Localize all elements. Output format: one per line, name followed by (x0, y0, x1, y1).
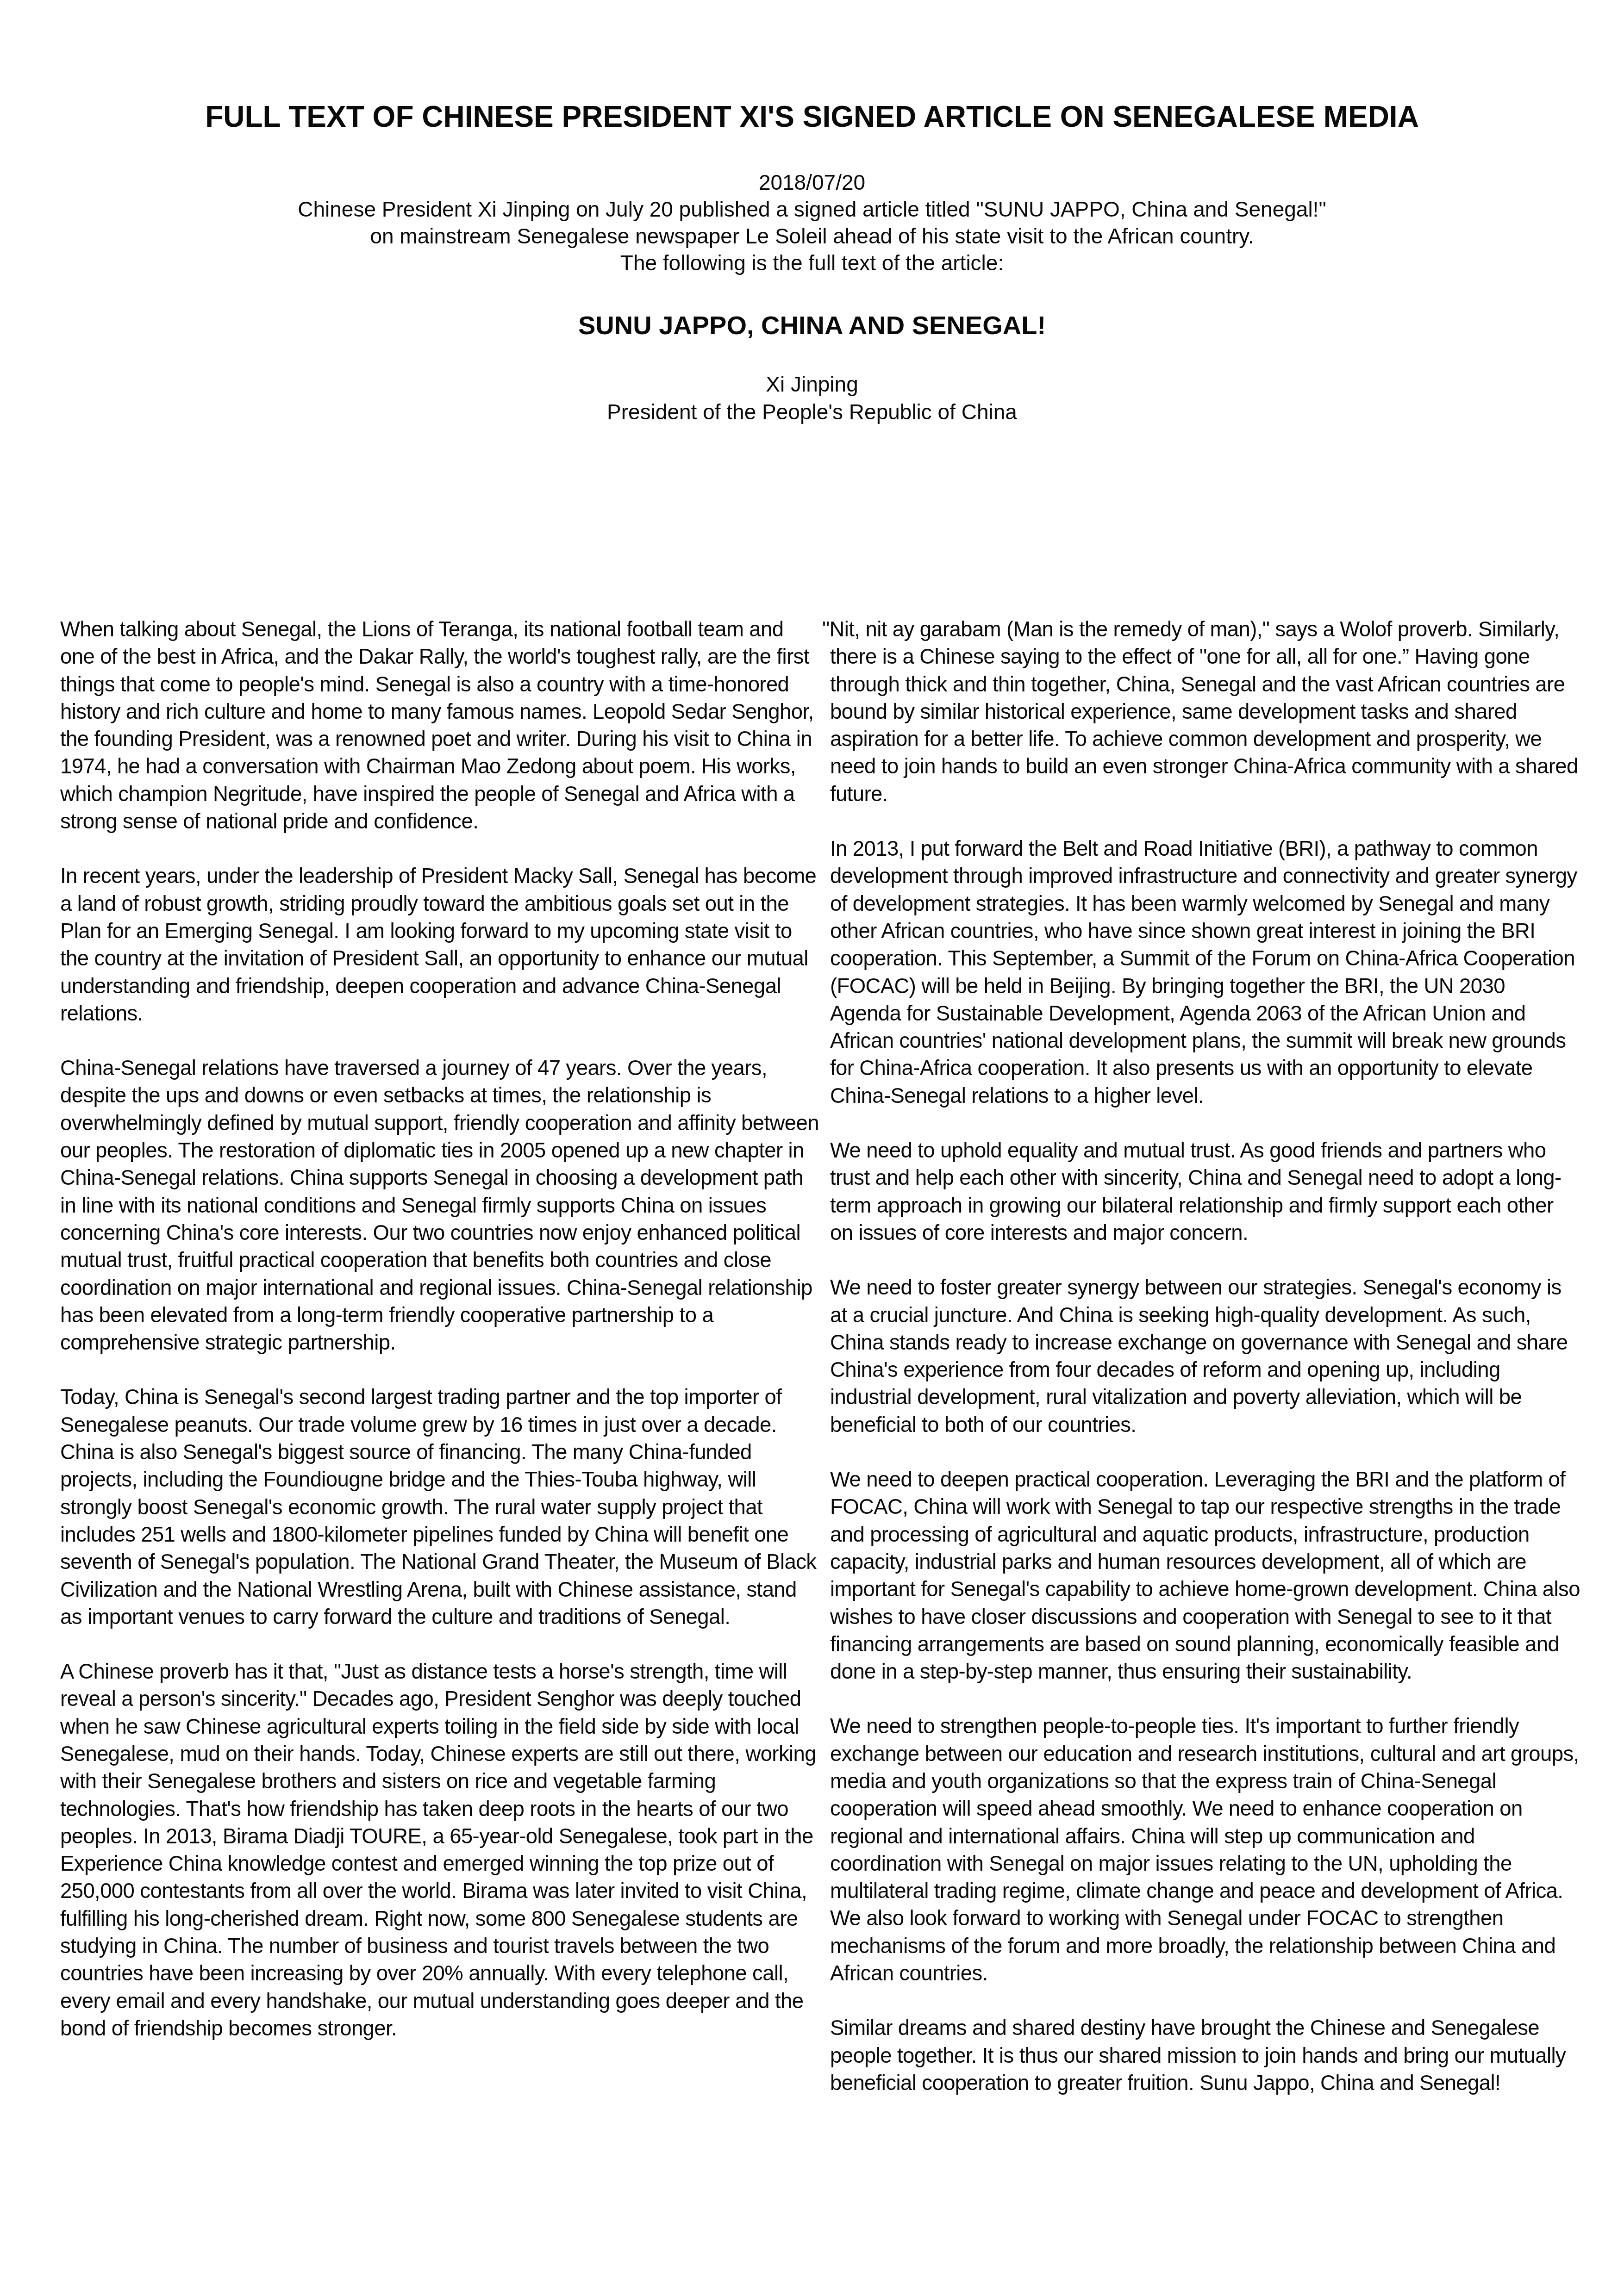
paragraph: China-Senegal relations have traversed a… (60, 1054, 819, 1356)
right-column: "Nit, nit ay garabam (Man is the remedy … (830, 616, 1580, 2124)
paragraph: Today, China is Senegal's second largest… (60, 1383, 819, 1630)
paragraph: Similar dreams and shared destiny have b… (830, 2014, 1580, 2097)
paragraph: "Nit, nit ay garabam (Man is the remedy … (830, 616, 1580, 808)
publish-date: 2018/07/20 (0, 169, 1624, 196)
intro-line: on mainstream Senegalese newspaper Le So… (0, 223, 1624, 249)
page-title: FULL TEXT OF CHINESE PRESIDENT XI'S SIGN… (0, 98, 1624, 135)
paragraph: When talking about Senegal, the Lions of… (60, 616, 819, 835)
paragraph: We need to strengthen people-to-people t… (830, 1712, 1580, 1987)
paragraph: We need to deepen practical cooperation.… (830, 1466, 1580, 1685)
paragraph: A Chinese proverb has it that, "Just as … (60, 1658, 819, 2042)
left-column: When talking about Senegal, the Lions of… (60, 616, 819, 2069)
paragraph: In 2013, I put forward the Belt and Road… (830, 835, 1580, 1109)
intro-line: Chinese President Xi Jinping on July 20 … (0, 196, 1624, 223)
paragraph: In recent years, under the leadership of… (60, 862, 819, 1027)
paragraph: We need to foster greater synergy betwee… (830, 1274, 1580, 1438)
author-title: President of the People's Republic of Ch… (0, 398, 1624, 426)
intro-line: The following is the full text of the ar… (0, 249, 1624, 276)
byline: Xi Jinping President of the People's Rep… (0, 370, 1624, 426)
article-title: SUNU JAPPO, CHINA AND SENEGAL! (0, 309, 1624, 342)
author-name: Xi Jinping (0, 370, 1624, 398)
intro-block: 2018/07/20 Chinese President Xi Jinping … (0, 169, 1624, 276)
paragraph: We need to uphold equality and mutual tr… (830, 1137, 1580, 1246)
